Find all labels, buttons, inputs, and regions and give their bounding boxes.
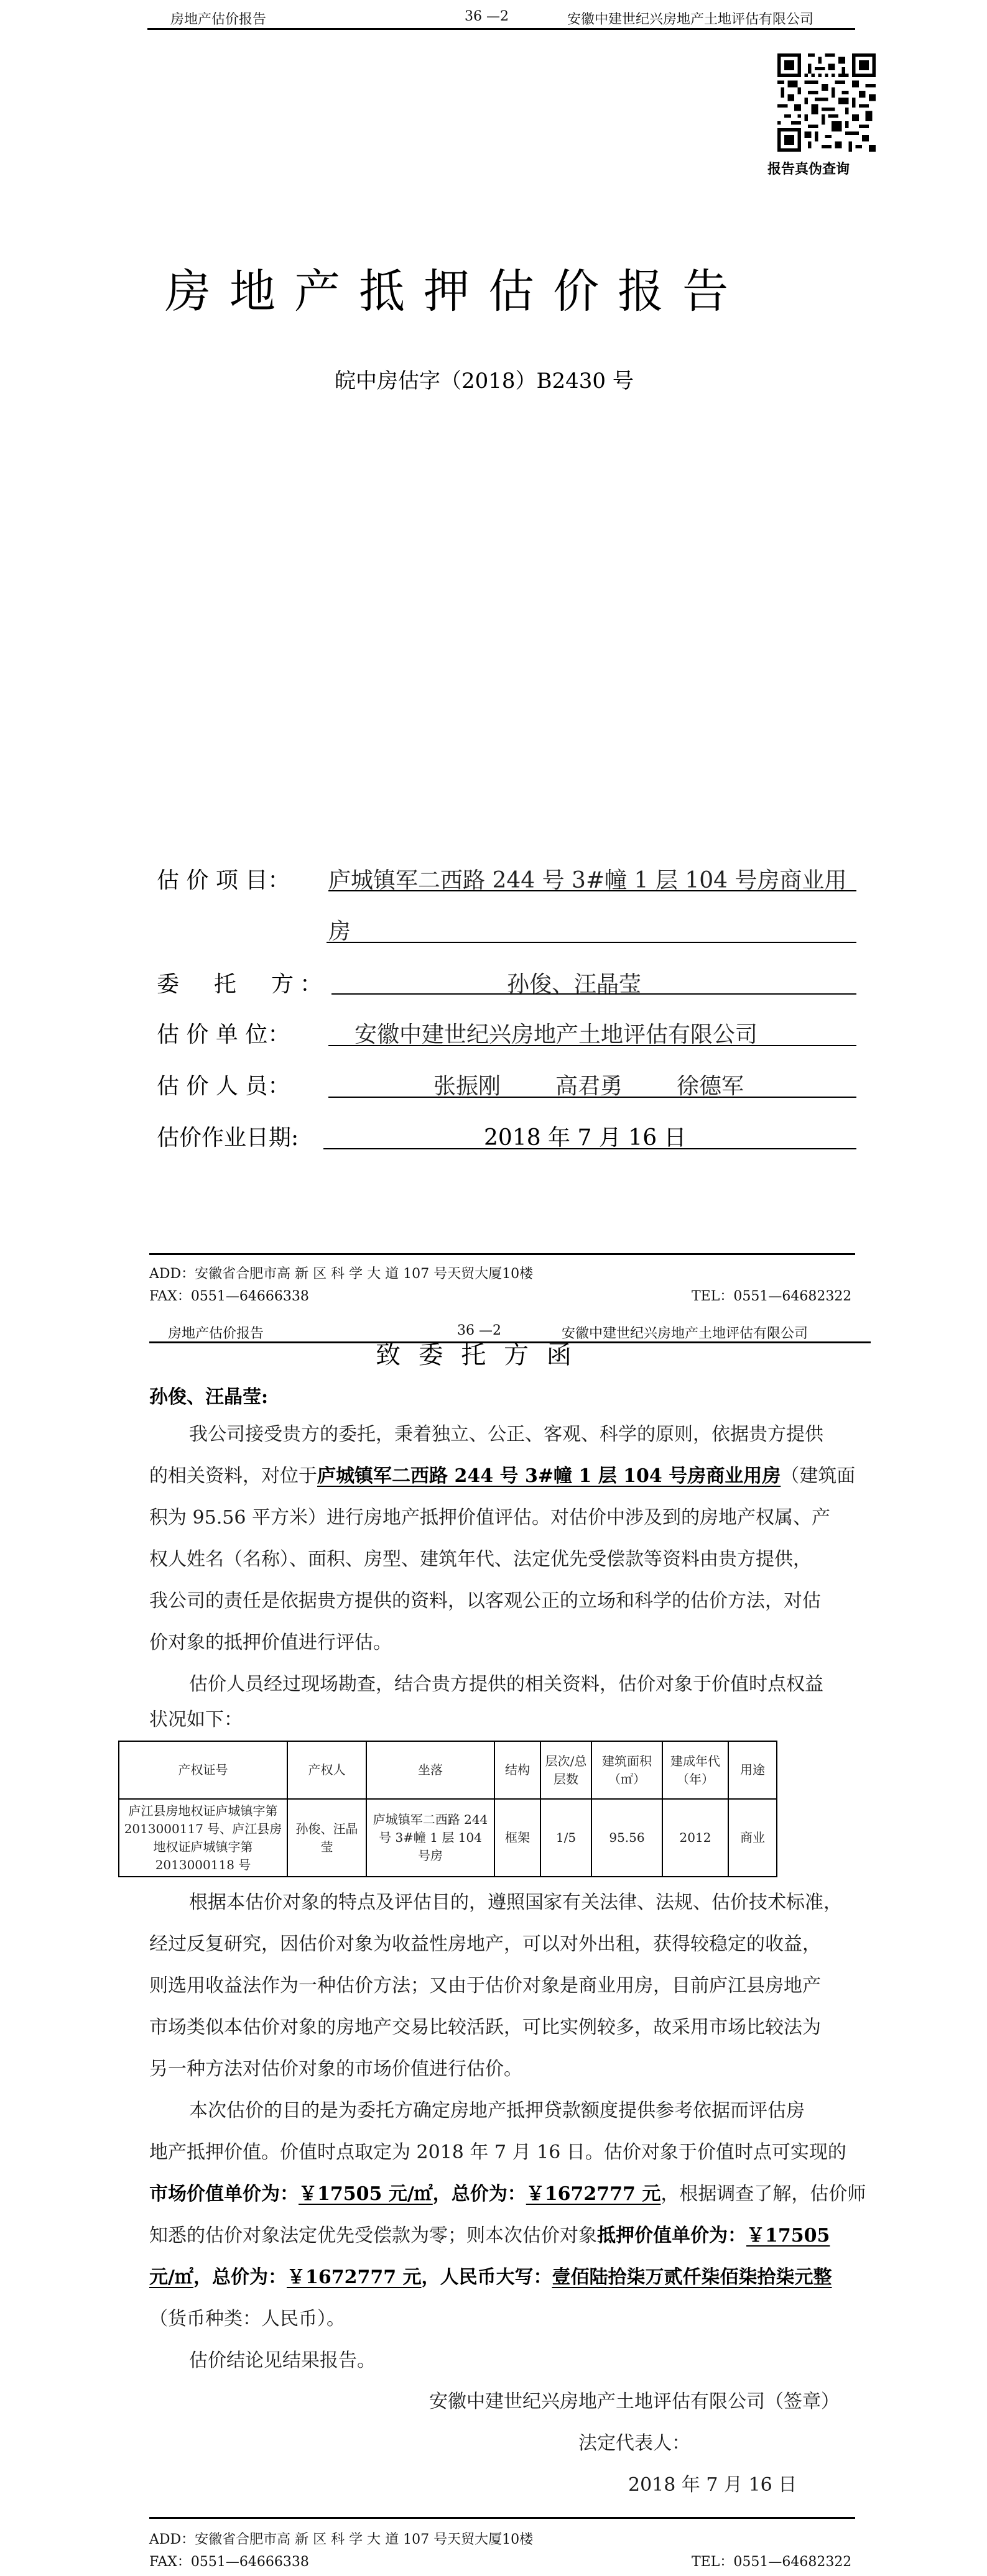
footer-tel: TEL：0551—64682322 xyxy=(692,1286,851,1305)
para1-line: 积为 95.56 平方米）进行房地产抵押价值评估。对估价中涉及到的房地产权属、产 xyxy=(149,1497,830,1539)
cell-floor: 1/5 xyxy=(540,1799,591,1877)
para3-line: 则选用收益法作为一种估价方法；又由于估价对象是商业用房，目前庐江县房地产 xyxy=(149,1965,821,2007)
footer-fax: FAX：0551—64666338 xyxy=(149,2551,309,2570)
para2-line: 状况如下： xyxy=(149,1699,243,1741)
qr-code-icon[interactable] xyxy=(777,53,876,152)
table-header: 层次/总层数 xyxy=(540,1741,591,1799)
para4-text: 知悉的估价对象法定优先受偿款为零；则本次估价对象 xyxy=(149,2225,597,2247)
para4-line: 元/㎡，总价为：￥1672777 元，人民币大写：壹佰陆拾柒万贰仟柒佰柒拾柒元整 xyxy=(149,2256,832,2298)
field-label-client: 委 托 方： xyxy=(157,967,328,998)
header-page-number: 36 —2 xyxy=(465,9,509,24)
cell-owner: 孙俊、汪晶莹 xyxy=(287,1799,366,1877)
mortgage-total-value: ￥1672777 元 xyxy=(287,2266,422,2288)
appraiser-name: 张振刚 xyxy=(433,1069,501,1100)
para1-line: 的相关资料，对位于庐城镇军二西路 244 号 3#幢 1 层 104 号房商业用… xyxy=(149,1455,855,1497)
property-table: 产权证号 产权人 坐落 结构 层次/总层数 建筑面积（㎡） 建成年代（年） 用途… xyxy=(118,1741,777,1877)
market-unit-value: ￥17505 元/㎡ xyxy=(299,2183,433,2205)
appraiser-name: 徐德军 xyxy=(677,1069,744,1100)
field-value-project-cont: 房 xyxy=(328,914,351,945)
rmb-label: ，人民币大写： xyxy=(422,2266,552,2288)
para1-text: 的相关资料，对位于 xyxy=(149,1465,317,1487)
field-underline xyxy=(327,942,856,943)
footer-rule xyxy=(149,1253,855,1255)
table-header-row: 产权证号 产权人 坐落 结构 层次/总层数 建筑面积（㎡） 建成年代（年） 用途 xyxy=(119,1741,777,1799)
header-right-company: 安徽中建世纪兴房地产土地评估有限公司 xyxy=(567,9,813,28)
header-rule xyxy=(147,28,855,30)
field-underline xyxy=(328,890,856,891)
para2-line: 估价人员经过现场勘查，结合贵方提供的相关资料，估价对象于价值时点权益 xyxy=(189,1663,823,1705)
letter-title: 致 委 托 方 函 xyxy=(376,1335,577,1371)
cell-structure: 框架 xyxy=(494,1799,540,1877)
currency-note: （货币种类：人民币）。 xyxy=(149,2298,345,2340)
table-header: 建成年代（年） xyxy=(662,1741,728,1799)
mortgage-unit-suffix: 元/㎡ xyxy=(149,2266,193,2288)
para1-line: 我公司接受贵方的委托，秉着独立、公正、客观、科学的原则，依据贵方提供 xyxy=(189,1414,823,1455)
market-total-value: ￥1672777 元 xyxy=(526,2183,661,2205)
signature-company: 安徽中建世纪兴房地产土地评估有限公司（签章） xyxy=(429,2386,840,2413)
mortgage-unit-value: ￥17505 xyxy=(746,2225,830,2247)
table-header: 建筑面积（㎡） xyxy=(591,1741,662,1799)
table-header: 产权人 xyxy=(287,1741,366,1799)
field-underline xyxy=(328,1097,856,1098)
field-label-unit: 估 价 单 位： xyxy=(157,1017,290,1049)
qr-label: 报告真伪查询 xyxy=(767,159,850,178)
cell-usage: 商业 xyxy=(728,1799,777,1877)
cell-year: 2012 xyxy=(662,1799,728,1877)
para1-text: （建筑面 xyxy=(781,1465,855,1487)
footer-address: ADD：安徽省合肥市高 新 区 科 学 大 道 107 号天贸大厦10楼 xyxy=(149,2529,533,2548)
field-value-unit: 安徽中建世纪兴房地产土地评估有限公司 xyxy=(354,1017,758,1049)
mortgage-unit-label: 抵押价值单价为： xyxy=(597,2225,746,2247)
table-header: 结构 xyxy=(494,1741,540,1799)
mortgage-total-label: ，总价为： xyxy=(193,2266,287,2288)
footer-fax: FAX：0551—64666338 xyxy=(149,1286,309,1305)
appraiser-name: 高君勇 xyxy=(555,1069,623,1100)
para3-line: 另一种方法对估价对象的市场价值进行估价。 xyxy=(149,2048,522,2090)
table-row: 庐江县房地权证庐城镇字第 2013000117 号、庐江县房地权证庐城镇字第 2… xyxy=(119,1799,777,1877)
rmb-uppercase-amount: 壹佰陆拾柒万贰仟柒佰柒拾柒元整 xyxy=(552,2266,832,2288)
field-label-project: 估 价 项 目： xyxy=(157,863,290,895)
field-underline xyxy=(331,993,856,995)
letter-addressee: 孙俊、汪晶莹: xyxy=(149,1381,268,1409)
field-label-date: 估价作业日期: xyxy=(157,1120,299,1152)
header-left: 房地产估价报告 xyxy=(168,1323,264,1342)
document-number: 皖中房估字（2018）B2430 号 xyxy=(335,364,634,394)
footer-tel: TEL：0551—64682322 xyxy=(692,2551,851,2570)
field-underline xyxy=(323,1148,856,1149)
cell-area: 95.56 xyxy=(591,1799,662,1877)
field-underline xyxy=(328,1045,856,1046)
para4-text: ，根据调查了解，估价师 xyxy=(660,2183,866,2205)
signature-legal-rep: 法定代表人： xyxy=(578,2427,690,2455)
report-title: 房地产抵押估价报告 xyxy=(165,255,747,321)
table-header: 坐落 xyxy=(366,1741,494,1799)
property-name: 庐城镇军二西路 244 号 3#幢 1 层 104 号房商业用房 xyxy=(317,1465,781,1487)
market-unit-label: 市场价值单价为： xyxy=(149,2183,299,2205)
para3-line: 根据本估价对象的特点及评估目的，遵照国家有关法律、法规、估价技术标准， xyxy=(189,1882,842,1923)
table-header: 产权证号 xyxy=(119,1741,287,1799)
signature-date: 2018 年 7 月 16 日 xyxy=(628,2469,797,2496)
header-right-company: 安徽中建世纪兴房地产土地评估有限公司 xyxy=(562,1323,808,1342)
field-label-appraisers: 估 价 人 员： xyxy=(157,1069,290,1100)
conclusion: 估价结论见结果报告。 xyxy=(189,2340,376,2381)
para3-line: 经过反复研究，因估价对象为收益性房地产，可以对外出租，获得较稳定的收益， xyxy=(149,1923,821,1965)
para1-line: 权人姓名（名称）、面积、房型、建筑年代、法定优先受偿款等资料由贵方提供， xyxy=(149,1539,812,1580)
header-left: 房地产估价报告 xyxy=(170,9,266,28)
footer-address: ADD：安徽省合肥市高 新 区 科 学 大 道 107 号天贸大厦10楼 xyxy=(149,1263,533,1282)
para3-line: 市场类似本估价对象的房地产交易比较活跃，可比实例较多，故采用市场比较法为 xyxy=(149,2007,821,2048)
field-value-date: 2018 年 7 月 16 日 xyxy=(484,1120,687,1152)
footer-rule xyxy=(149,2517,855,2519)
para4-line: 本次估价的目的是为委托方确定房地产抵押贷款额度提供参考依据而评估房 xyxy=(189,2090,805,2132)
para4-line: 地产抵押价值。价值时点取定为 2018 年 7 月 16 日。估价对象于价值时点… xyxy=(149,2132,846,2173)
table-header: 用途 xyxy=(728,1741,777,1799)
para1-line: 价对象的抵押价值进行评估。 xyxy=(149,1622,392,1663)
market-total-label: ，总价为： xyxy=(433,2183,526,2205)
para4-line: 知悉的估价对象法定优先受偿款为零；则本次估价对象抵押价值单价为：￥17505 xyxy=(149,2215,830,2256)
para1-line: 我公司的责任是依据贵方提供的资料，以客观公正的立场和科学的估价方法，对估 xyxy=(149,1580,821,1622)
cell-location: 庐城镇军二西路 244 号 3#幢 1 层 104 号房 xyxy=(366,1799,494,1877)
cell-cert-no: 庐江县房地权证庐城镇字第 2013000117 号、庐江县房地权证庐城镇字第 2… xyxy=(119,1799,287,1877)
para4-line: 市场价值单价为：￥17505 元/㎡，总价为：￥1672777 元，根据调查了解… xyxy=(149,2173,866,2215)
